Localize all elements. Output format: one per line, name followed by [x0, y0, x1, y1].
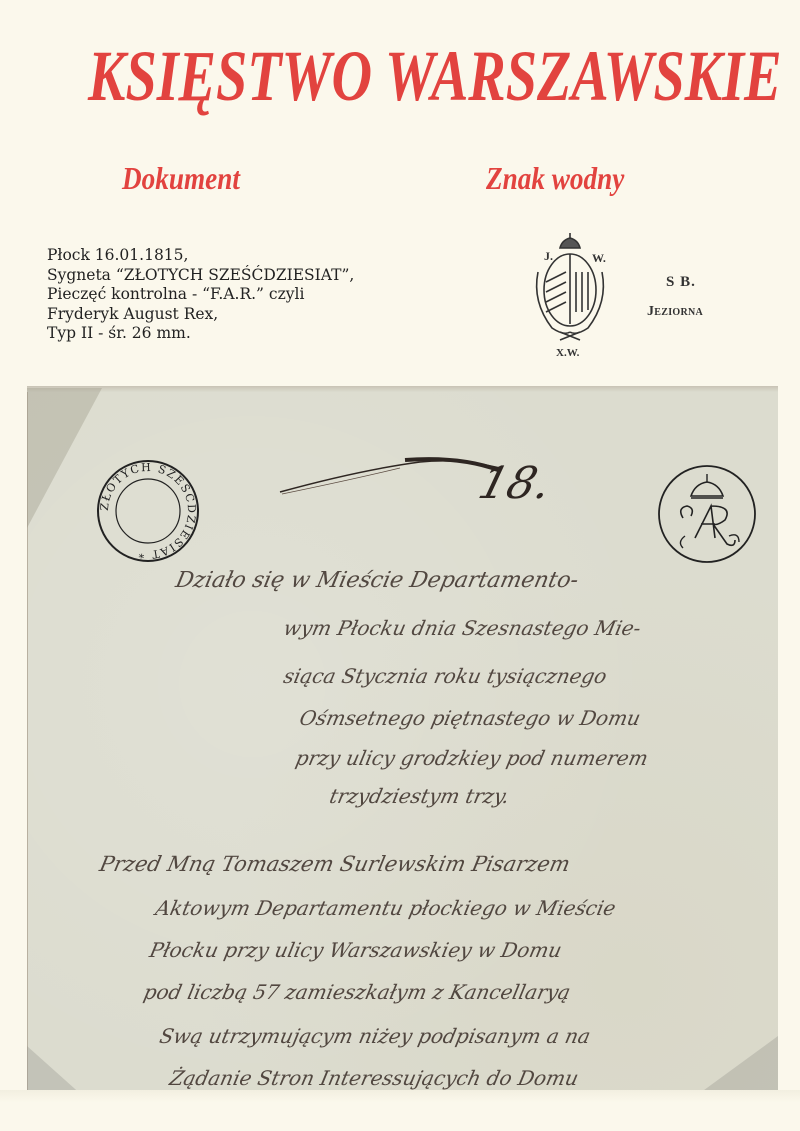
subheading-watermark: Znak wodny	[486, 160, 624, 197]
stamp-far-monogram-icon	[655, 462, 759, 566]
handwriting-line: siąca Stycznia roku tysiącznego	[281, 664, 609, 688]
emblem-letter: W.	[592, 251, 606, 265]
handwriting-line: Ośmsetnego piętnastego w Domu	[297, 706, 642, 730]
watermark-mark-sb: S B.	[666, 274, 696, 291]
watermark-mark-jeziorna: Jeziorna	[647, 304, 703, 320]
description-block: Płock 16.01.1815, Sygneta “ZŁOTYCH SZEŚĆ…	[47, 246, 354, 344]
handwriting-line: przy ulicy grodzkiey pod numerem	[293, 746, 650, 770]
paper-edge	[27, 386, 778, 392]
description-line: Sygneta “ZŁOTYCH SZEŚĆDZIESIAT”,	[47, 266, 354, 286]
handwriting-line: Aktowym Departamentu płockiego w Mieście	[153, 896, 618, 920]
description-line: Płock 16.01.1815,	[47, 246, 354, 266]
handwriting-line: wym Płocku dnia Szesnastego Mie-	[281, 616, 643, 640]
pen-flourish-icon	[270, 450, 510, 510]
handwriting-line: Żądanie Stron Interessujących do Domu	[167, 1066, 580, 1090]
handwriting-line: Swą utrzymującym niżey podpisanym a na	[157, 1024, 592, 1048]
handwriting-line: Płocku przy ulicy Warszawskiey w Domu	[147, 938, 564, 962]
handwriting-line: trzydziestym trzy.	[327, 784, 511, 808]
photo-corner	[27, 388, 102, 528]
description-line: Fryderyk August Rex,	[47, 305, 354, 325]
emblem-letter: J.	[544, 249, 553, 263]
watermark-emblem-icon: J. W. X.W.	[530, 232, 610, 358]
page-title: KSIĘSTWO WARSZAWSKIE	[88, 40, 712, 112]
subheading-document: Dokument	[122, 160, 240, 197]
document-number: 18.	[473, 458, 557, 509]
handwriting-line: pod liczbą 57 zamieszkałym z Kancellaryą	[141, 980, 572, 1004]
emblem-letter: X.W.	[556, 347, 580, 358]
handwriting-line: Przed Mną Tomaszem Surlewskim Pisarzem	[97, 852, 572, 876]
description-line: Typ II - śr. 26 mm.	[47, 324, 354, 344]
album-page-margin	[0, 1090, 800, 1131]
handwriting-line: Działo się w Mieście Departamento-	[173, 568, 580, 593]
stamp-zlotych-szescdziesiat-icon: ZŁOTYCH SZEŚĆDZIESIAT *	[93, 456, 203, 566]
description-line: Pieczęć kontrolna - “F.A.R.” czyli	[47, 285, 354, 305]
